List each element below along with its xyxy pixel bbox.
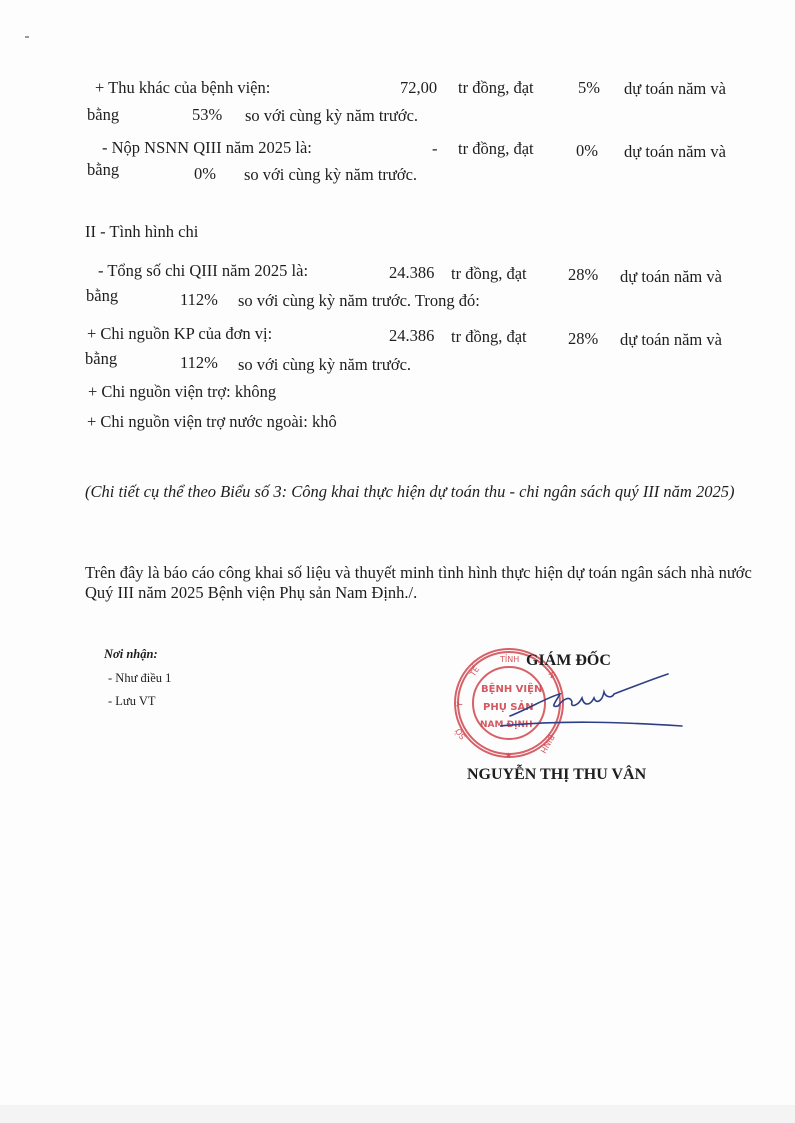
total-expenditure-estimate-text: dự toán năm và — [620, 267, 722, 287]
total-expenditure-estimate-pct: 28% — [568, 265, 598, 285]
total-expenditure-compare-prefix: bằng — [86, 286, 118, 306]
income-other-estimate-pct: 5% — [578, 78, 600, 98]
document-page: + Thu khác của bệnh viện: 72,00 tr đồng,… — [0, 0, 795, 1123]
scan-edge — [0, 1105, 795, 1123]
recipient-item: - Như điều 1 — [108, 671, 171, 686]
budget-payment-compare-prefix: bằng — [87, 160, 119, 180]
scan-artifact — [25, 36, 29, 38]
signer-name: NGUYỄN THỊ THU VÂN — [467, 766, 646, 784]
aid-expenditure: + Chi nguồn viện trợ: không — [88, 382, 276, 402]
budget-payment-compare-text: so với cùng kỳ năm trước. — [244, 165, 417, 185]
expenditure-section-title: II - Tình hình chi — [85, 222, 198, 242]
income-other-compare-pct: 53% — [192, 105, 222, 125]
recipient-item: - Lưu VT — [108, 694, 156, 709]
own-funds-unit: tr đồng, đạt — [451, 327, 527, 347]
budget-payment-amount: - — [432, 139, 438, 159]
budget-payment-estimate-pct: 0% — [576, 141, 598, 161]
foreign-aid-expenditure: + Chi nguồn viện trợ nước ngoài: khô — [87, 412, 337, 432]
total-expenditure-unit: tr đồng, đạt — [451, 264, 527, 284]
own-funds-compare-text: so với cùng kỳ năm trước. — [238, 355, 411, 375]
closing-statement: Trên đây là báo cáo công khai số liệu và… — [85, 563, 765, 603]
own-funds-estimate-text: dự toán năm và — [620, 330, 722, 350]
svg-text:Y: Y — [455, 701, 464, 708]
income-other-amount: 72,00 — [400, 78, 437, 98]
total-expenditure-label: - Tổng số chi QIII năm 2025 là: — [98, 261, 308, 281]
handwritten-signature-icon — [500, 668, 690, 738]
income-other-unit: tr đồng, đạt — [458, 78, 534, 98]
income-other-estimate-text: dự toán năm và — [624, 79, 726, 99]
recipients-title: Nơi nhận: — [104, 647, 158, 662]
own-funds-compare-pct: 112% — [180, 353, 218, 373]
own-funds-amount: 24.386 — [389, 326, 434, 346]
income-other-compare-text: so với cùng kỳ năm trước. — [245, 106, 418, 126]
income-other-label: + Thu khác của bệnh viện: — [95, 78, 270, 98]
detail-note: (Chi tiết cụ thể theo Biểu số 3: Công kh… — [85, 482, 765, 502]
budget-payment-estimate-text: dự toán năm và — [624, 142, 726, 162]
own-funds-estimate-pct: 28% — [568, 329, 598, 349]
budget-payment-unit: tr đồng, đạt — [458, 139, 534, 159]
own-funds-compare-prefix: bằng — [85, 349, 117, 369]
total-expenditure-compare-text: so với cùng kỳ năm trước. Trong đó: — [238, 291, 480, 311]
budget-payment-compare-pct: 0% — [194, 164, 216, 184]
income-other-compare-prefix: bằng — [87, 105, 119, 125]
budget-payment-label: - Nộp NSNN QIII năm 2025 là: — [102, 138, 312, 158]
svg-text:★: ★ — [505, 751, 512, 760]
total-expenditure-amount: 24.386 — [389, 263, 434, 283]
total-expenditure-compare-pct: 112% — [180, 290, 218, 310]
own-funds-label: + Chi nguồn KP của đơn vị: — [87, 324, 272, 344]
svg-text:TỈNH: TỈNH — [499, 653, 519, 664]
